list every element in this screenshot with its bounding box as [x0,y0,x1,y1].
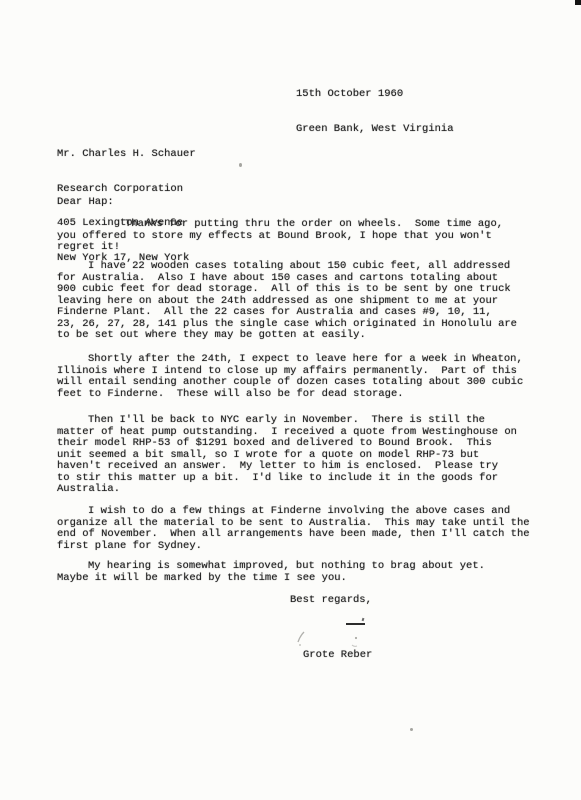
paragraph-2: I have 22 wooden cases totaling about 15… [57,261,545,342]
letter-page: 15th October 1960 Green Bank, West Virgi… [0,0,581,800]
place-text: Green Bank, West Virginia [296,124,454,136]
scan-corner-artifact [575,0,581,5]
scan-speck [410,728,413,731]
paragraph-4: Then I'll be back to NYC early in Novemb… [57,415,545,496]
paragraph-6: My hearing is somewhat improved, but not… [57,561,545,584]
paragraph-5: I wish to do a few things at Finderne in… [57,506,545,552]
signature-dash-mark [346,623,365,625]
paragraph-1: Thanks for putting thru the order on whe… [57,219,545,254]
recipient-line-name: Mr. Charles H. Schauer [57,149,196,161]
signer-name: Grote Reber [303,650,372,662]
paragraph-3: Shortly after the 24th, I expect to leav… [57,354,545,400]
signature-tick-mark [362,618,365,621]
date-text: 15th October 1960 [296,89,454,101]
recipient-line-company: Research Corporation [57,184,196,196]
closing-phrase: Best regards, [290,595,372,607]
dateline: 15th October 1960 Green Bank, West Virgi… [296,66,454,158]
scan-speck [239,163,242,167]
salutation: Dear Hap: [57,197,114,209]
